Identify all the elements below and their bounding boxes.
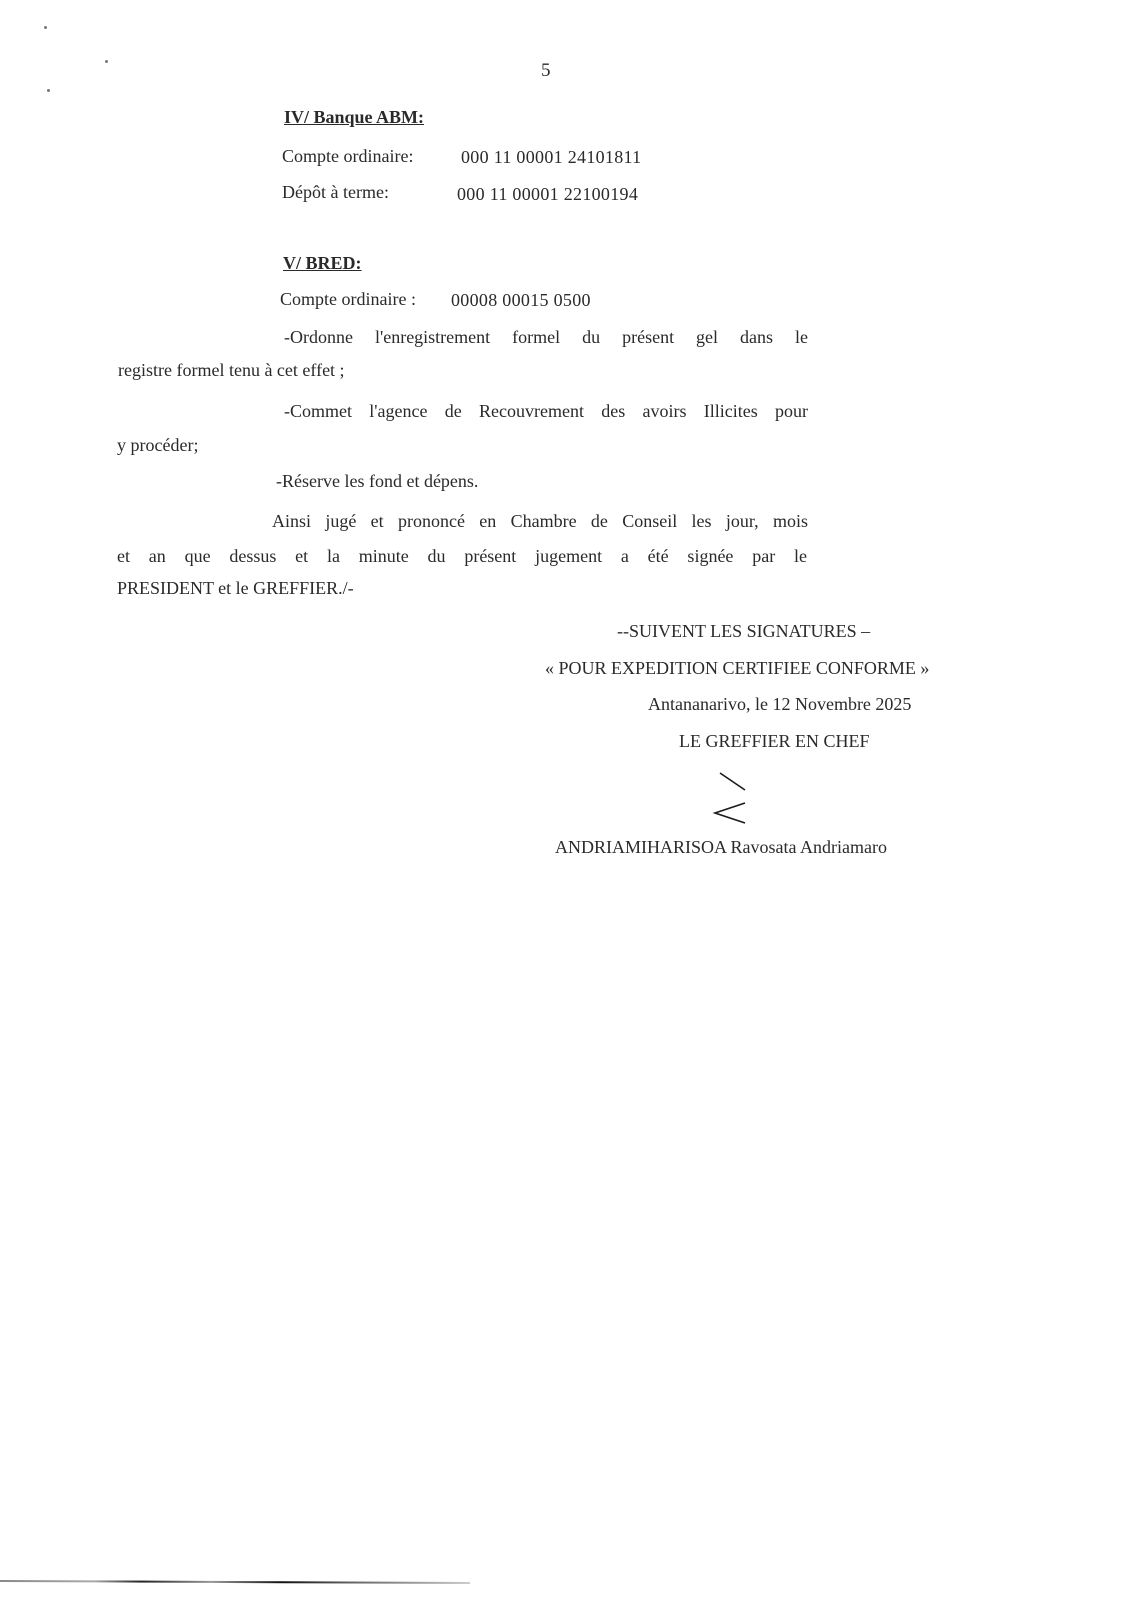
scan-speck xyxy=(105,60,108,63)
scan-speck xyxy=(44,26,47,29)
section-heading-banque-abm: IV/ Banque ABM: xyxy=(284,106,424,128)
closing-line: PRESIDENT et le GREFFIER./- xyxy=(117,577,354,599)
scan-speck xyxy=(47,89,50,92)
order-line: registre formel tenu à cet effet ; xyxy=(118,359,345,381)
account-label: Compte ordinaire: xyxy=(282,145,413,167)
account-number: 00008 00015 0500 xyxy=(451,289,591,311)
order-line: -Réserve les fond et dépens. xyxy=(276,470,478,492)
scan-edge-line xyxy=(0,1580,470,1584)
order-line: y procéder; xyxy=(117,434,198,456)
certification-statement: « POUR EXPEDITION CERTIFIEE CONFORME » xyxy=(545,657,929,679)
account-label: Compte ordinaire : xyxy=(280,288,416,310)
account-number: 000 11 00001 22100194 xyxy=(457,183,638,205)
signatures-follow: --SUIVENT LES SIGNATURES – xyxy=(617,620,870,642)
closing-line: et an que dessus et la minute du présent… xyxy=(117,545,807,567)
account-label: Dépôt à terme: xyxy=(282,181,389,203)
page-number: 5 xyxy=(541,60,551,82)
account-number: 000 11 00001 24101811 xyxy=(461,146,641,168)
handwritten-signature-icon xyxy=(700,765,760,830)
signatory-title: LE GREFFIER EN CHEF xyxy=(679,730,870,752)
closing-line: Ainsi jugé et prononcé en Chambre de Con… xyxy=(272,510,808,532)
place-and-date: Antananarivo, le 12 Novembre 2025 xyxy=(648,693,911,715)
order-line: -Commet l'agence de Recouvrement des avo… xyxy=(284,400,808,422)
order-line: -Ordonne l'enregistrement formel du prés… xyxy=(284,326,808,348)
signatory-name: ANDRIAMIHARISOA Ravosata Andriamaro xyxy=(555,836,887,858)
section-heading-bred: V/ BRED: xyxy=(283,252,362,274)
